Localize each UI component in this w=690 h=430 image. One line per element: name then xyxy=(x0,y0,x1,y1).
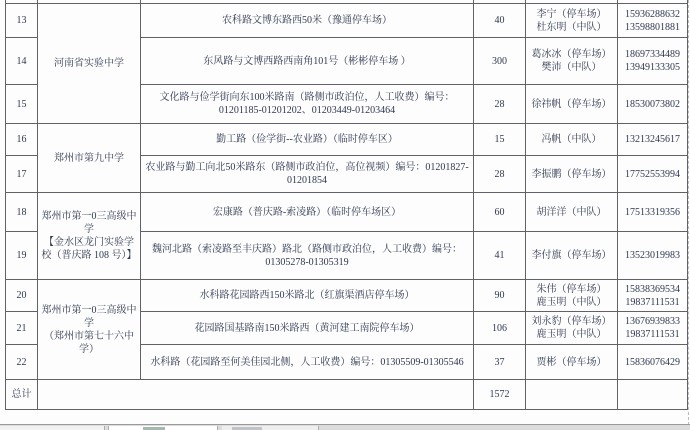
spot-count-line: 106 xyxy=(477,322,522,335)
parking-table: 13河南省实验中学农科路文博东路西50米（豫通停车场）40李宁（停车场）杜东明（… xyxy=(5,0,688,410)
contact-names-line: 朱伟（停车场） xyxy=(529,283,614,296)
row-number: 21 xyxy=(6,312,38,345)
contact-phones: 17513319356 xyxy=(618,193,688,232)
parking-location-line: 文化路与俭学街向东100米路南（路侧市政泊位，人工收费）编号：01201185-… xyxy=(144,91,470,117)
spot-count-line: 41 xyxy=(477,249,522,262)
contact-names: 冯帆（中队） xyxy=(526,124,618,156)
contact-phones-line: 17513319356 xyxy=(621,206,684,219)
sheet-tab-bar xyxy=(0,424,690,430)
school-name: 郑州市第一0三高级中学【金水区龙门实验学校（普庆路 108 号）】 xyxy=(38,193,141,280)
contact-phones-line: 13213245617 xyxy=(621,133,684,146)
contact-phones-line: 19837111531 xyxy=(621,328,684,341)
contact-names-line: 鹿玉明（中队） xyxy=(529,328,614,341)
parking-location: 农业路与勤工向北50米路东（路侧市政泊位，高位视频）编号：01201827-01… xyxy=(141,156,474,193)
contact-names-line: 刘永豹（停车场） xyxy=(529,315,614,328)
table-row: 16郑州市第九中学勤工路（俭学街--农业路）（临时停车区）15冯帆（中队）132… xyxy=(6,124,688,156)
row-number-line: 22 xyxy=(9,356,34,369)
contact-names-line: 冯帆（中队） xyxy=(529,133,614,146)
parking-location-line: 东风路与文博西路西南角101号（彬彬停车场 ） xyxy=(144,55,470,68)
parking-location: 宏康路（普庆路-索凌路）（临时停车场区） xyxy=(141,193,474,232)
row-number: 22 xyxy=(6,345,38,380)
row-number-line: 20 xyxy=(9,289,34,302)
contact-names-line: 徐祎帆（停车场） xyxy=(529,98,614,111)
contact-names: 李付旗（停车场） xyxy=(526,232,618,280)
parking-location: 勤工路（俭学街--农业路）（临时停车区） xyxy=(141,124,474,156)
spot-count-line: 90 xyxy=(477,289,522,302)
row-number: 19 xyxy=(6,232,38,280)
row-number-line: 16 xyxy=(9,133,34,146)
contact-phones-line: 18530073802 xyxy=(621,98,684,111)
contact-phones-line: 15838369534 xyxy=(621,283,684,296)
contact-names-line: 杜东明（中队） xyxy=(529,21,614,34)
school-name-line: 郑州市第九中学 xyxy=(41,152,137,165)
school-name-line: 河南省实验中学 xyxy=(41,57,137,70)
spot-count: 37 xyxy=(474,345,526,380)
contact-phones: 17752553994 xyxy=(618,156,688,193)
spot-count-line: 37 xyxy=(477,356,522,369)
row-number: 13 xyxy=(6,4,38,38)
spot-count: 106 xyxy=(474,312,526,345)
contact-phones-line: 13949133305 xyxy=(621,61,684,74)
row-number: 15 xyxy=(6,85,38,124)
contact-phones-line: 13598801881 xyxy=(621,21,684,34)
row-number-line: 19 xyxy=(9,249,34,262)
contact-names: 李宁（停车场）杜东明（中队） xyxy=(526,4,618,38)
row-number: 16 xyxy=(6,124,38,156)
table-row: 20郑州市第一0三高级中学（郑州市第七十六中学）水科路花园路西150米路北（红旗… xyxy=(6,280,688,312)
school-name-line: （郑州市第七十六中学） xyxy=(41,330,137,356)
contact-phones-line: 17752553994 xyxy=(621,168,684,181)
total-empty-span xyxy=(38,380,474,410)
contact-names: 葛冰冰（停车场）樊沛（中队） xyxy=(526,38,618,85)
contact-phones: 1583836953419837111531 xyxy=(618,280,688,312)
row-number-line: 15 xyxy=(9,98,34,111)
parking-location: 水科路（花园路至何美佳园北侧，人工收费）编号：01305509-01305546 xyxy=(141,345,474,380)
contact-phones-line: 19837111531 xyxy=(621,296,684,309)
contact-names-line: 李付旗（停车场） xyxy=(529,249,614,262)
parking-location: 农科路文博东路西50米（豫通停车场） xyxy=(141,4,474,38)
spot-count-line: 15 xyxy=(477,133,522,146)
contact-phones-line: 15836076429 xyxy=(621,356,684,369)
contact-names-line: 樊沛（中队） xyxy=(529,61,614,74)
contact-phones: 18530073802 xyxy=(618,85,688,124)
document-canvas: 13河南省实验中学农科路文博东路西50米（豫通停车场）40李宁（停车场）杜东明（… xyxy=(0,0,690,430)
row-number-line: 17 xyxy=(9,168,34,181)
parking-location: 魏河北路（索凌路至丰庆路）路北（路侧市政泊位，人工收费）编号：01305278-… xyxy=(141,232,474,280)
row-number-line: 18 xyxy=(9,206,34,219)
contact-phones: 1869733448913949133305 xyxy=(618,38,688,85)
contact-names: 朱伟（停车场）鹿玉明（中队） xyxy=(526,280,618,312)
spot-count: 90 xyxy=(474,280,526,312)
table-row: 13河南省实验中学农科路文博东路西50米（豫通停车场）40李宁（停车场）杜东明（… xyxy=(6,4,688,38)
parking-location-line: 农科路文博东路西50米（豫通停车场） xyxy=(144,14,470,27)
spot-count: 40 xyxy=(474,4,526,38)
row-number-line: 21 xyxy=(9,322,34,335)
school-name-line: 郑州市第一0三高级中学 xyxy=(41,210,137,236)
total-label: 总计 xyxy=(6,380,38,410)
contact-names-line: 胡洋洋（中队） xyxy=(529,206,614,219)
parking-location: 文化路与俭学街向东100米路南（路侧市政泊位，人工收费）编号：01201185-… xyxy=(141,85,474,124)
total-empty-contact xyxy=(526,380,618,410)
total-label-line: 总计 xyxy=(9,388,34,401)
spot-count: 41 xyxy=(474,232,526,280)
contact-names-line: 李宁（停车场） xyxy=(529,8,614,21)
spot-count: 300 xyxy=(474,38,526,85)
contact-phones: 13213245617 xyxy=(618,124,688,156)
parking-location-line: 水科路（花园路至何美佳园北侧，人工收费）编号：01305509-01305546 xyxy=(144,356,470,369)
parking-location: 花园路国基路南150米路西（黄河建工南院停车场） xyxy=(141,312,474,345)
contact-names: 贾彬（停车场） xyxy=(526,345,618,380)
spot-count-line: 28 xyxy=(477,168,522,181)
contact-names-line: 李振鹏（停车场） xyxy=(529,168,614,181)
contact-phones: 13523019983 xyxy=(618,232,688,280)
sheet-tab-inactive[interactable] xyxy=(222,426,319,430)
table-row: 18郑州市第一0三高级中学【金水区龙门实验学校（普庆路 108 号）】宏康路（普… xyxy=(6,193,688,232)
total-row: 总计1572 xyxy=(6,380,688,410)
spot-count: 15 xyxy=(474,124,526,156)
total-count: 1572 xyxy=(474,380,526,410)
row-number-line: 13 xyxy=(9,14,34,27)
contact-phones-line: 15936288632 xyxy=(621,8,684,21)
spot-count: 60 xyxy=(474,193,526,232)
parking-location-line: 水科路花园路西150米路北（红旗渠酒店停车场） xyxy=(144,289,470,302)
contact-names: 刘永豹（停车场）鹿玉明（中队） xyxy=(526,312,618,345)
contact-names: 徐祎帆（停车场） xyxy=(526,85,618,124)
spot-count-line: 60 xyxy=(477,206,522,219)
row-number: 20 xyxy=(6,280,38,312)
contact-names-line: 鹿玉明（中队） xyxy=(529,296,614,309)
parking-location: 水科路花园路西150米路北（红旗渠酒店停车场） xyxy=(141,280,474,312)
school-name: 郑州市第九中学 xyxy=(38,124,141,193)
page-boundary-dashed-line xyxy=(688,0,689,425)
contact-names-line: 葛冰冰（停车场） xyxy=(529,48,614,61)
row-number: 14 xyxy=(6,38,38,85)
contact-phones: 1367693983319837111531 xyxy=(618,312,688,345)
row-number-line: 14 xyxy=(9,55,34,68)
spot-count-line: 28 xyxy=(477,98,522,111)
spot-count: 28 xyxy=(474,85,526,124)
row-number: 17 xyxy=(6,156,38,193)
parking-location-line: 勤工路（俭学街--农业路）（临时停车区） xyxy=(144,133,470,146)
contact-names-line: 贾彬（停车场） xyxy=(529,356,614,369)
school-name: 郑州市第一0三高级中学（郑州市第七十六中学） xyxy=(38,280,141,380)
contact-phones: 1593628863213598801881 xyxy=(618,4,688,38)
parking-location-line: 花园路国基路南150米路西（黄河建工南院停车场） xyxy=(144,322,470,335)
contact-names: 胡洋洋（中队） xyxy=(526,193,618,232)
sheet-tab-active[interactable] xyxy=(108,426,218,430)
contact-phones-line: 13523019983 xyxy=(621,249,684,262)
row-number: 18 xyxy=(6,193,38,232)
contact-phones-line: 18697334489 xyxy=(621,48,684,61)
spot-count-line: 300 xyxy=(477,55,522,68)
parking-location: 东风路与文博西路西南角101号（彬彬停车场 ） xyxy=(141,38,474,85)
spot-count-line: 40 xyxy=(477,14,522,27)
sheet-scroll-zone[interactable] xyxy=(0,426,105,430)
contact-phones: 15836076429 xyxy=(618,345,688,380)
contact-names: 李振鹏（停车场） xyxy=(526,156,618,193)
parking-location-line: 农业路与勤工向北50米路东（路侧市政泊位，高位视频）编号：01201827-01… xyxy=(144,161,470,187)
total-empty-phone xyxy=(618,380,688,410)
spot-count: 28 xyxy=(474,156,526,193)
contact-phones-line: 13676939833 xyxy=(621,315,684,328)
total-count-line: 1572 xyxy=(477,388,522,401)
school-name-line: 【金水区龙门实验学校（普庆路 108 号）】 xyxy=(41,236,137,262)
school-name: 河南省实验中学 xyxy=(38,4,141,124)
parking-location-line: 魏河北路（索凌路至丰庆路）路北（路侧市政泊位，人工收费）编号：01305278-… xyxy=(144,243,470,269)
parking-location-line: 宏康路（普庆路-索凌路）（临时停车场区） xyxy=(144,206,470,219)
school-name-line: 郑州市第一0三高级中学 xyxy=(41,304,137,330)
